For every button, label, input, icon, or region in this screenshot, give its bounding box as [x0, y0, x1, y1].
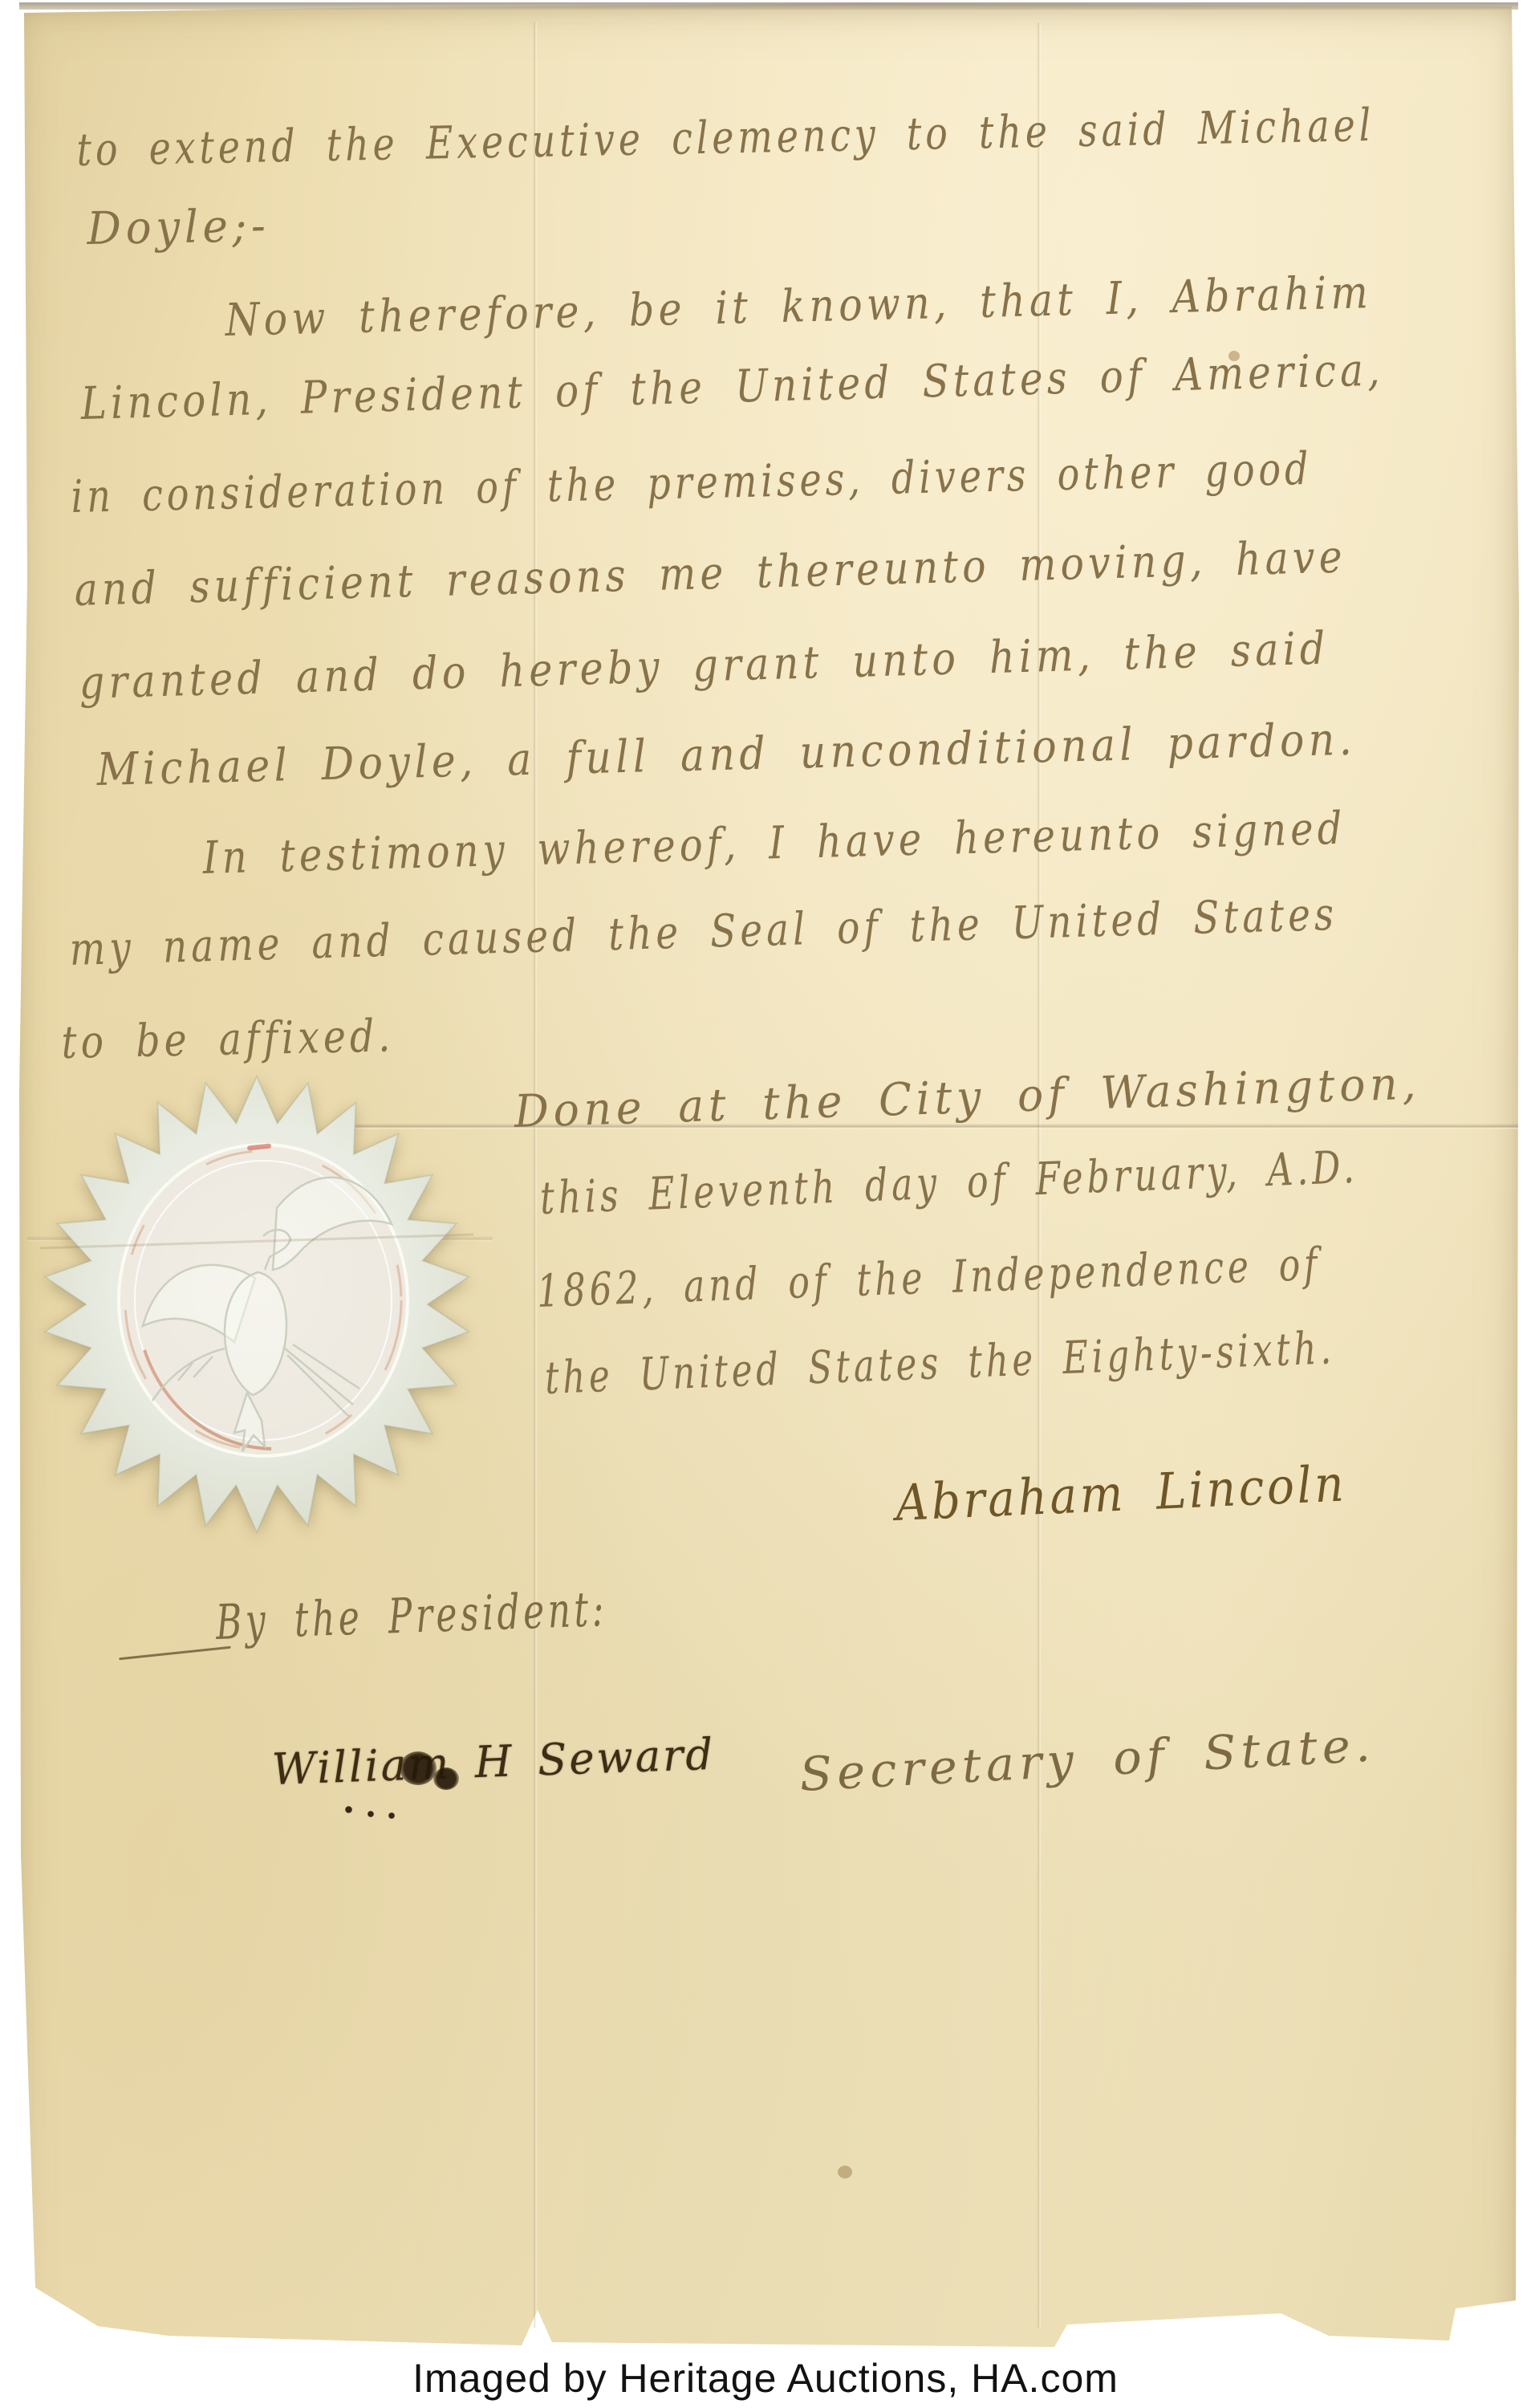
ink-blot [400, 1751, 437, 1785]
ink-dot [345, 1806, 352, 1813]
ink-dot [368, 1811, 374, 1817]
scanned-document-photo: to extend the Executive clemency to the … [0, 0, 1531, 2408]
manuscript-line-2: Doyle;- [87, 204, 270, 252]
credit-caption: Imaged by Heritage Auctions, HA.com [0, 2355, 1531, 2402]
ink-blot [433, 1767, 459, 1790]
paper-top-edge [19, 2, 1518, 10]
manuscript-line-11: to be affixed. [61, 1014, 395, 1066]
ink-dot [388, 1812, 395, 1819]
seal-graphic [32, 1068, 481, 1541]
attestation-line: By the President: [215, 1585, 608, 1647]
embossed-great-seal [32, 1068, 481, 1541]
paper-stain [838, 2166, 852, 2178]
